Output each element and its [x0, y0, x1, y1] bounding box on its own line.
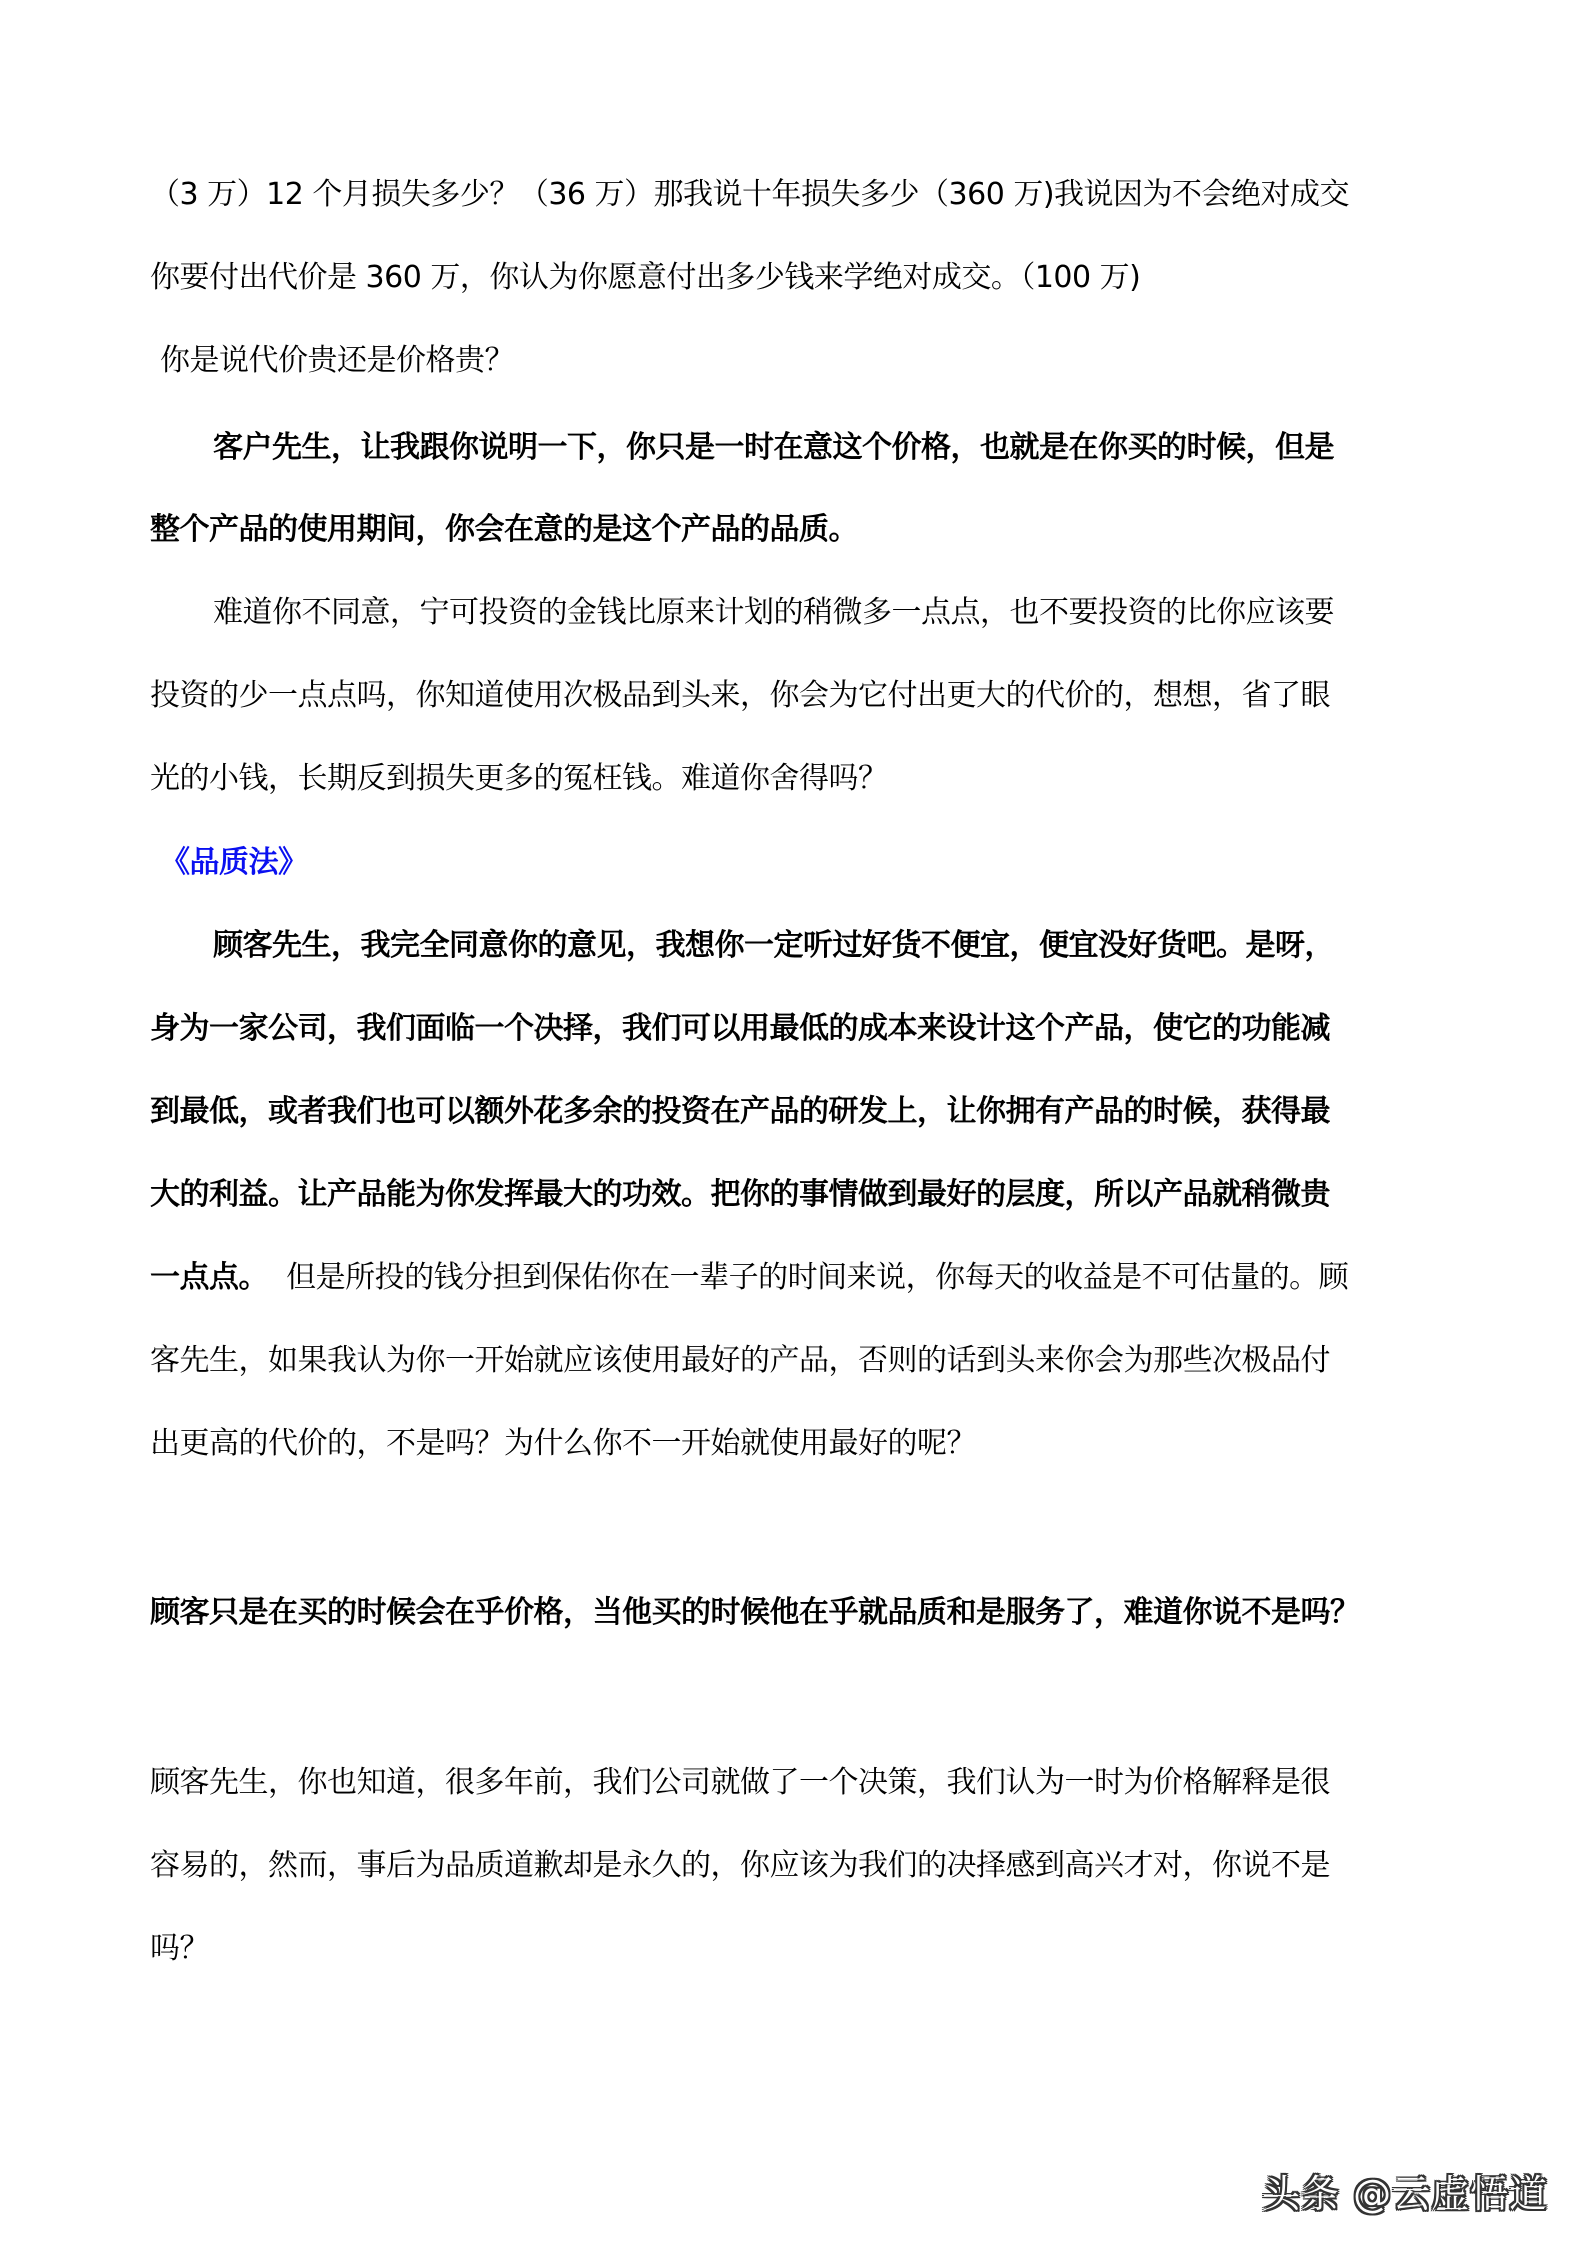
bold-text-line: 身为一家公司，我们面临一个决择，我们可以用最低的成本来设计这个产品，使它的功能减: [150, 1009, 1450, 1049]
text-line: 投资的少一点点吗，你知道使用次极品到头来，你会为它付出更大的代价的，想想，省了眼: [150, 676, 1450, 716]
text-line: 吗？: [150, 1929, 1450, 1969]
text-line: 难道你不同意，宁可投资的金钱比原来计划的稍微多一点点，也不要投资的比你应该要: [213, 593, 1513, 633]
bold-text-line: 客户先生，让我跟你说明一下，你只是一时在意这个价格，也就是在你买的时候，但是: [213, 428, 1513, 468]
text-line: 容易的，然而，事后为品质道歉却是永久的，你应该为我们的决择感到高兴才对，你说不是: [150, 1846, 1450, 1886]
section-heading: 《品质法》: [160, 843, 1460, 883]
bold-text-line: 到最低，或者我们也可以额外花多余的投资在产品的研发上，让你拥有产品的时候，获得最: [150, 1092, 1450, 1132]
bold-question-line: 顾客只是在买的时候会在乎价格，当他买的时候他在乎就品质和是服务了，难道你说不是吗…: [150, 1593, 1450, 1633]
text-line: 光的小钱，长期反到损失更多的冤枉钱。难道你舍得吗？: [150, 759, 1450, 799]
normal-fragment: 但是所投的钱分担到保佑你在一辈子的时间来说，你每天的收益是不可估量的。顾: [268, 1260, 1348, 1295]
text-line: （3 万）12 个月损失多少？（36 万）那我说十年损失多少（360 万)我说因…: [150, 175, 1450, 215]
text-line: 你要付出代价是 360 万，你认为你愿意付出多少钱来学绝对成交。（100 万): [150, 258, 1450, 298]
text-line: 出更高的代价的，不是吗？为什么你不一开始就使用最好的呢？: [150, 1424, 1450, 1464]
text-line: 顾客先生，你也知道，很多年前，我们公司就做了一个决策，我们认为一时为价格解释是很: [150, 1763, 1450, 1803]
bold-text-line: 顾客先生，我完全同意你的意见，我想你一定听过好货不便宜，便宜没好货吧。是呀，: [213, 926, 1513, 966]
text-line: 客先生，如果我认为你一开始就应该使用最好的产品，否则的话到头来你会为那些次极品付: [150, 1341, 1450, 1381]
bold-text-line: 大的利益。让产品能为你发挥最大的功效。把你的事情做到最好的层度，所以产品就稍微贵: [150, 1175, 1450, 1215]
bold-text-line: 整个产品的使用期间，你会在意的是这个产品的品质。: [150, 510, 1450, 550]
bold-fragment: 一点点。: [150, 1260, 268, 1295]
text-line: 你是说代价贵还是价格贵？: [160, 341, 1460, 381]
watermark: 头条 @云虚悟道: [1262, 2172, 1548, 2216]
mixed-text-line: 一点点。 但是所投的钱分担到保佑你在一辈子的时间来说，你每天的收益是不可估量的。…: [150, 1258, 1450, 1298]
